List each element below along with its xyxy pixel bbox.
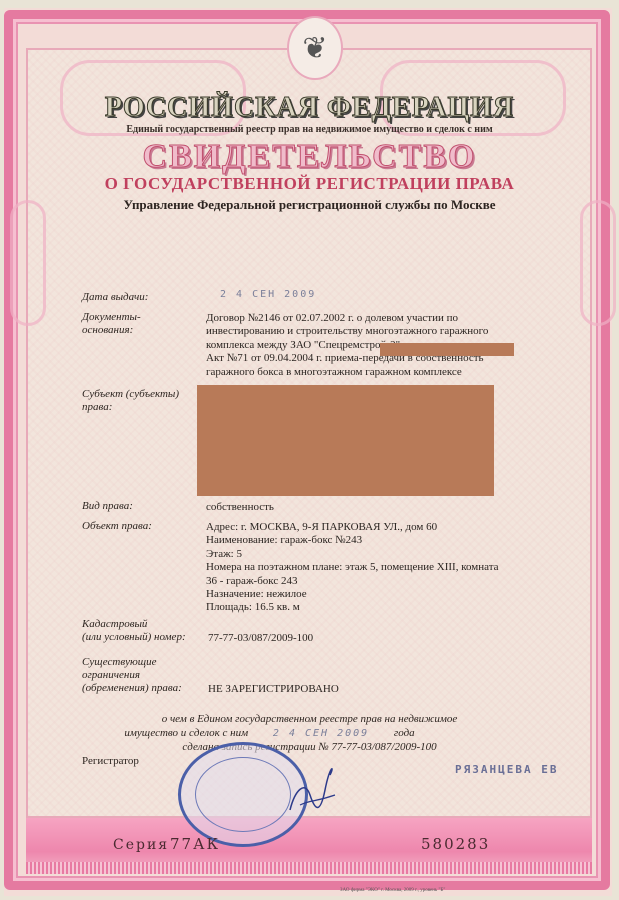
certificate-title: СВИДЕТЕЛЬСТВО	[0, 138, 619, 176]
bottom-ornament-band	[26, 818, 592, 874]
registrar-label: Регистратор	[82, 755, 139, 767]
certificate-subtitle: О ГОСУДАРСТВЕННОЙ РЕГИСТРАЦИИ ПРАВА	[0, 174, 619, 194]
registration-record-line: сделана запись регистрации № 77-77-03/08…	[0, 741, 619, 754]
registry-statement-line1: о чем в Едином государственном реестре п…	[0, 713, 619, 726]
registrar-name-stamp: РЯЗАНЦЕВА ЕВ	[455, 763, 558, 776]
subject-label: Субъект (субъекты) права:	[82, 388, 179, 414]
redaction-box	[380, 343, 514, 356]
right-type-value: собственность	[206, 501, 526, 514]
registry-subtitle: Единый государственный реестр прав на не…	[0, 124, 619, 135]
object-label: Объект права:	[82, 520, 152, 533]
issue-date-stamp: 2 4 СЕН 2009	[220, 289, 316, 300]
series-label: Серия	[113, 837, 169, 853]
coat-of-arms-icon: ❦	[287, 16, 343, 80]
series-value: 77АК	[170, 835, 220, 853]
ornament-scroll-side-right	[580, 200, 616, 326]
signature-icon	[280, 760, 340, 820]
cadastral-label: Кадастровый (или условный) номер:	[82, 618, 186, 644]
printer-note: ЗАО фирма "ЭКО" г. Москва, 2009 г., уров…	[340, 888, 445, 893]
right-type-label: Вид права:	[82, 500, 133, 513]
encumbrances-value: НЕ ЗАРЕГИСТРИРОВАНО	[208, 683, 528, 696]
registration-date-stamp: 2 4 СЕН 2009	[273, 728, 369, 739]
certificate-number: 580283	[421, 835, 490, 853]
object-value: Адрес: г. МОСКВА, 9-Я ПАРКОВАЯ УЛ., дом …	[206, 521, 536, 615]
registry-statement-line2: имущество и сделок с ним 2 4 СЕН 2009 го…	[0, 727, 579, 740]
encumbrances-label: Существующие ограничения (обременения) п…	[82, 656, 182, 695]
documents-label: Документы- основания:	[82, 311, 141, 337]
country-title: РОССИЙСКАЯ ФЕДЕРАЦИЯ	[0, 92, 619, 124]
subject-redaction-box	[197, 385, 494, 496]
issue-date-label: Дата выдачи:	[82, 291, 148, 304]
issuing-office: Управление Федеральной регистрационной с…	[0, 197, 619, 213]
ornament-scroll-side-left	[10, 200, 46, 326]
cadastral-number: 77-77-03/087/2009-100	[208, 632, 528, 645]
